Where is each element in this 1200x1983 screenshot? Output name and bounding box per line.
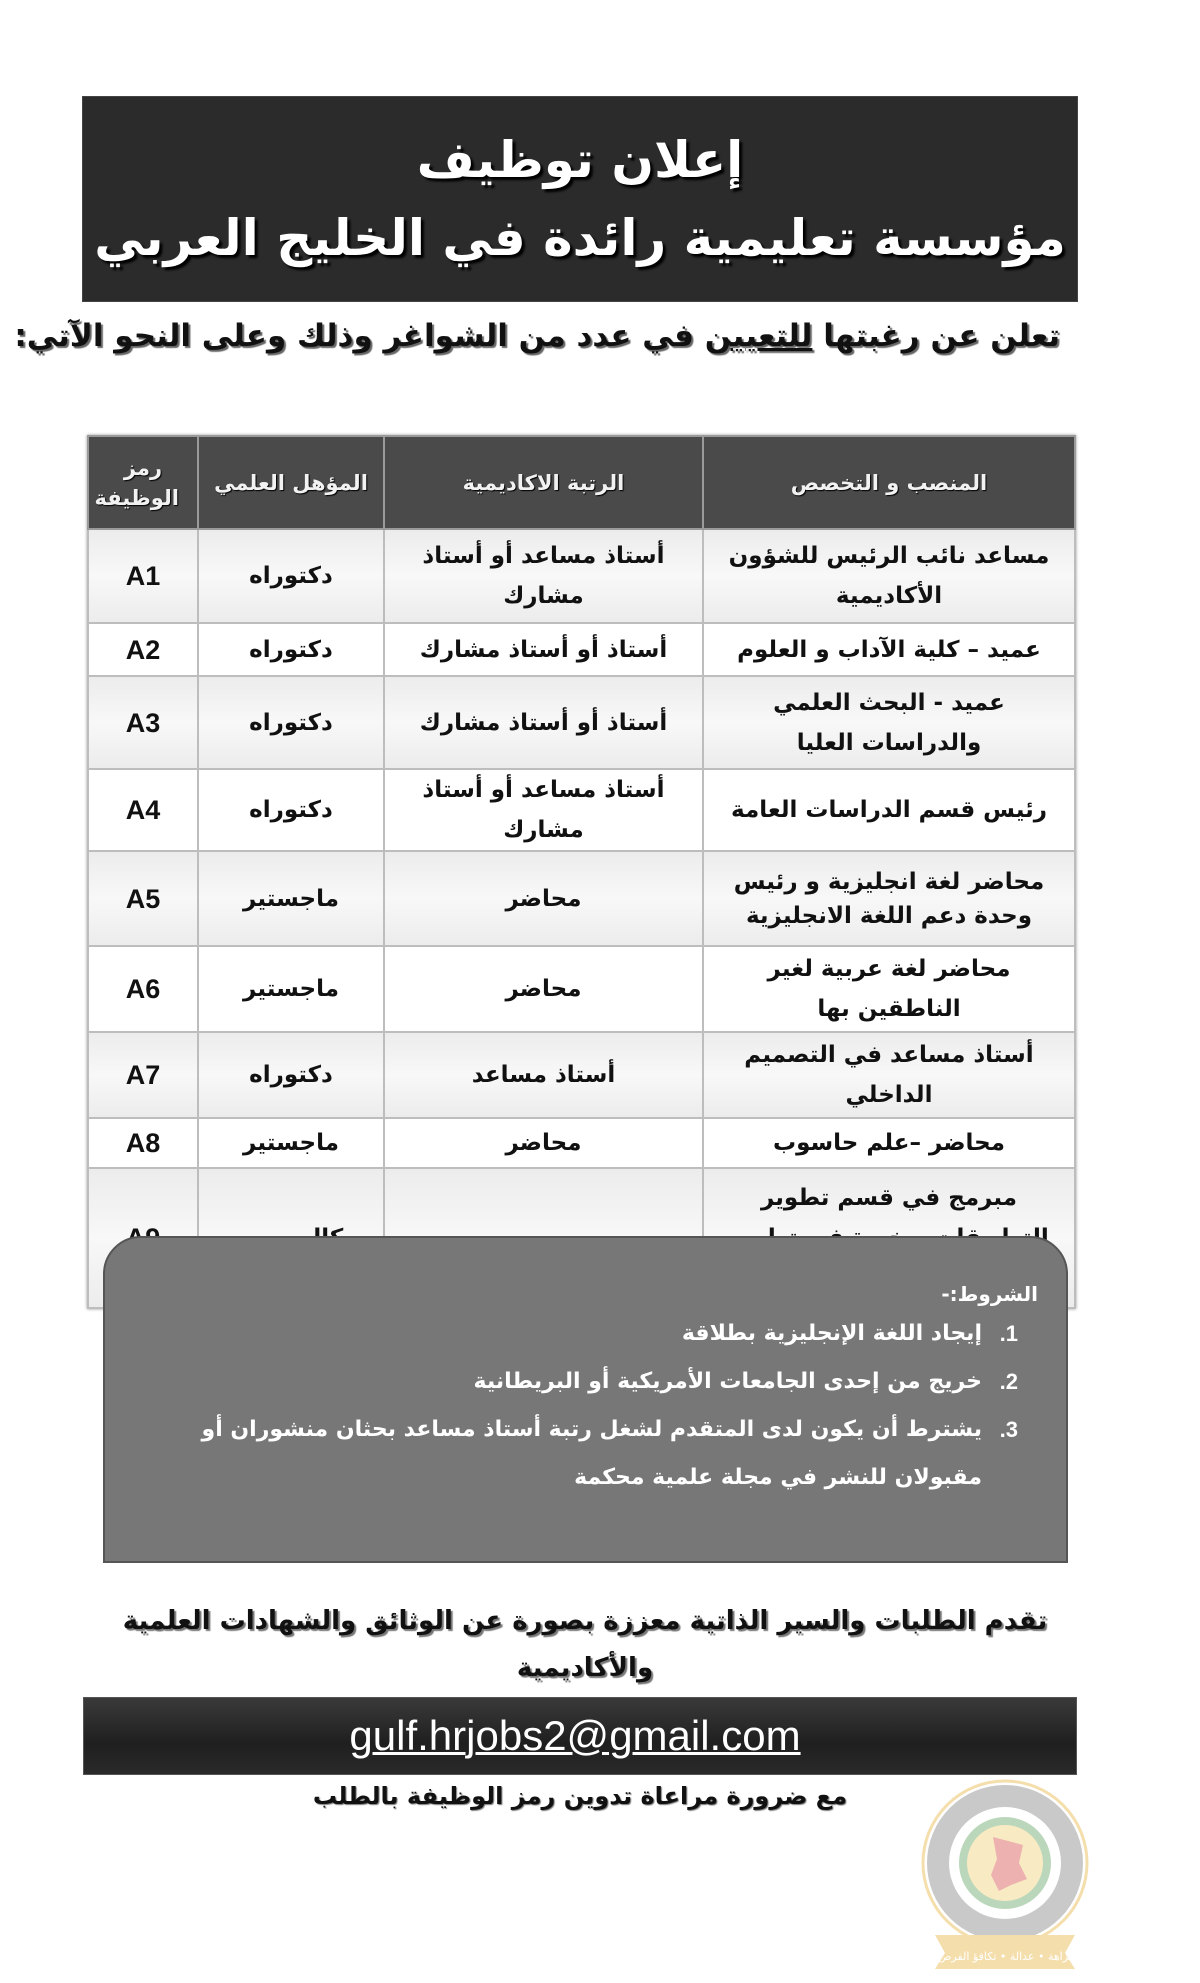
- job-code-note: مع ضرورة مراعاة تدوين رمز الوظيفة بالطلب: [300, 1782, 860, 1810]
- civil-service-bureau-logo: نزاهة • عدالة • تكافؤ الفرص: [915, 1775, 1095, 1975]
- cell-code: A3: [88, 676, 198, 769]
- conditions-box: الشروط:- 1. إيجاد اللغة الإنجليزية بطلاق…: [103, 1236, 1068, 1563]
- table-header-row: المنصب و التخصص الرتبة الاكاديمية المؤهل…: [88, 436, 1075, 529]
- intro-text: تعلن عن رغبتها للتعيين في عدد من الشواغر…: [95, 318, 1060, 354]
- table-row: مساعد نائب الرئيس للشؤون الأكاديمية أستا…: [88, 529, 1075, 623]
- cell-rank: أستاذ أو أستاذ مشارك: [384, 623, 703, 676]
- header-rank: الرتبة الاكاديمية: [384, 436, 703, 529]
- cell-qualification: دكتوراه: [198, 769, 384, 851]
- intro-underlined: للتعيين: [705, 318, 813, 354]
- cell-rank: أستاذ مساعد أو أستاذ مشارك: [384, 529, 703, 623]
- intro-before: تعلن عن رغبتها: [812, 318, 1060, 354]
- table-row: محاضر لغة انجليزية و رئيس وحدة دعم اللغة…: [88, 851, 1075, 946]
- cell-code: A4: [88, 769, 198, 851]
- table-row: عميد – كلية الآداب و العلوم أستاذ أو أست…: [88, 623, 1075, 676]
- cell-rank: أستاذ أو أستاذ مشارك: [384, 676, 703, 769]
- condition-number: 2.: [982, 1358, 1018, 1406]
- jobs-table: المنصب و التخصص الرتبة الاكاديمية المؤهل…: [87, 435, 1076, 1309]
- cell-position: رئيس قسم الدراسات العامة: [703, 769, 1075, 851]
- condition-number: 3.: [982, 1406, 1018, 1502]
- cell-position: عميد – كلية الآداب و العلوم: [703, 623, 1075, 676]
- table-row: أستاذ مساعد في التصميم الداخلي أستاذ مسا…: [88, 1032, 1075, 1118]
- condition-item: 1. إيجاد اللغة الإنجليزية بطلاقة: [145, 1310, 1018, 1358]
- table-row: رئيس قسم الدراسات العامة أستاذ مساعد أو …: [88, 769, 1075, 851]
- cell-position: عميد - البحث العلمي والدراسات العليا: [703, 676, 1075, 769]
- cell-code: A1: [88, 529, 198, 623]
- cell-code: A5: [88, 851, 198, 946]
- table-row: محاضر –علم حاسوب محاضر ماجستير A8: [88, 1118, 1075, 1168]
- cell-qualification: دكتوراه: [198, 1032, 384, 1118]
- cell-rank: محاضر: [384, 946, 703, 1032]
- header-qualification: المؤهل العلمي: [198, 436, 384, 529]
- intro-after: في عدد من الشواغر وذلك وعلى النحو الآتي:: [14, 318, 704, 354]
- table-row: عميد - البحث العلمي والدراسات العليا أست…: [88, 676, 1075, 769]
- cell-qualification: دكتوراه: [198, 529, 384, 623]
- condition-number: 1.: [982, 1310, 1018, 1358]
- cell-rank: محاضر: [384, 851, 703, 946]
- header-code: رمز الوظيفة: [88, 436, 198, 529]
- cell-qualification: ماجستير: [198, 851, 384, 946]
- header-position: المنصب و التخصص: [703, 436, 1075, 529]
- cell-qualification: دكتوراه: [198, 676, 384, 769]
- cell-code: A8: [88, 1118, 198, 1168]
- cell-rank: محاضر: [384, 1118, 703, 1168]
- ad-title: إعلان توظيف: [417, 121, 744, 199]
- table-row: محاضر لغة عربية لغير الناطقين بها محاضر …: [88, 946, 1075, 1032]
- institution-name: مؤسسة تعليمية رائدة في الخليج العربي: [94, 199, 1066, 277]
- logo-emblem-icon: نزاهة • عدالة • تكافؤ الفرص: [915, 1775, 1095, 1975]
- cell-position: محاضر لغة عربية لغير الناطقين بها: [703, 946, 1075, 1032]
- cell-code: A7: [88, 1032, 198, 1118]
- condition-text: إيجاد اللغة الإنجليزية بطلاقة: [145, 1310, 982, 1358]
- cell-position: أستاذ مساعد في التصميم الداخلي: [703, 1032, 1075, 1118]
- condition-item: 2. خريج من إحدى الجامعات الأمريكية أو ال…: [145, 1358, 1018, 1406]
- cell-qualification: ماجستير: [198, 946, 384, 1032]
- cell-position: مساعد نائب الرئيس للشؤون الأكاديمية: [703, 529, 1075, 623]
- email-banner: gulf.hrjobs2@gmail.com: [83, 1697, 1077, 1775]
- cell-rank: أستاذ مساعد: [384, 1032, 703, 1118]
- cell-position: محاضر لغة انجليزية و رئيس وحدة دعم اللغة…: [703, 851, 1075, 946]
- email-link[interactable]: gulf.hrjobs2@gmail.com: [349, 1712, 800, 1760]
- conditions-title: الشروط:-: [145, 1278, 1038, 1310]
- cell-code: A2: [88, 623, 198, 676]
- cell-position: محاضر –علم حاسوب: [703, 1118, 1075, 1168]
- cell-rank: أستاذ مساعد أو أستاذ مشارك: [384, 769, 703, 851]
- conditions-list: 1. إيجاد اللغة الإنجليزية بطلاقة 2. خريج…: [145, 1310, 1018, 1502]
- cell-code: A6: [88, 946, 198, 1032]
- condition-item: 3. يشترط أن يكون لدى المتقدم لشغل رتبة أ…: [145, 1406, 1018, 1502]
- apply-line-1: تقدم الطلبات والسير الذاتية معززة بصورة …: [100, 1598, 1070, 1692]
- cell-qualification: دكتوراه: [198, 623, 384, 676]
- condition-text: يشترط أن يكون لدى المتقدم لشغل رتبة أستا…: [145, 1406, 982, 1502]
- cell-qualification: ماجستير: [198, 1118, 384, 1168]
- svg-text:نزاهة • عدالة • تكافؤ الفرص: نزاهة • عدالة • تكافؤ الفرص: [938, 1950, 1072, 1963]
- header-banner: إعلان توظيف مؤسسة تعليمية رائدة في الخلي…: [82, 96, 1078, 302]
- condition-text: خريج من إحدى الجامعات الأمريكية أو البري…: [145, 1358, 982, 1406]
